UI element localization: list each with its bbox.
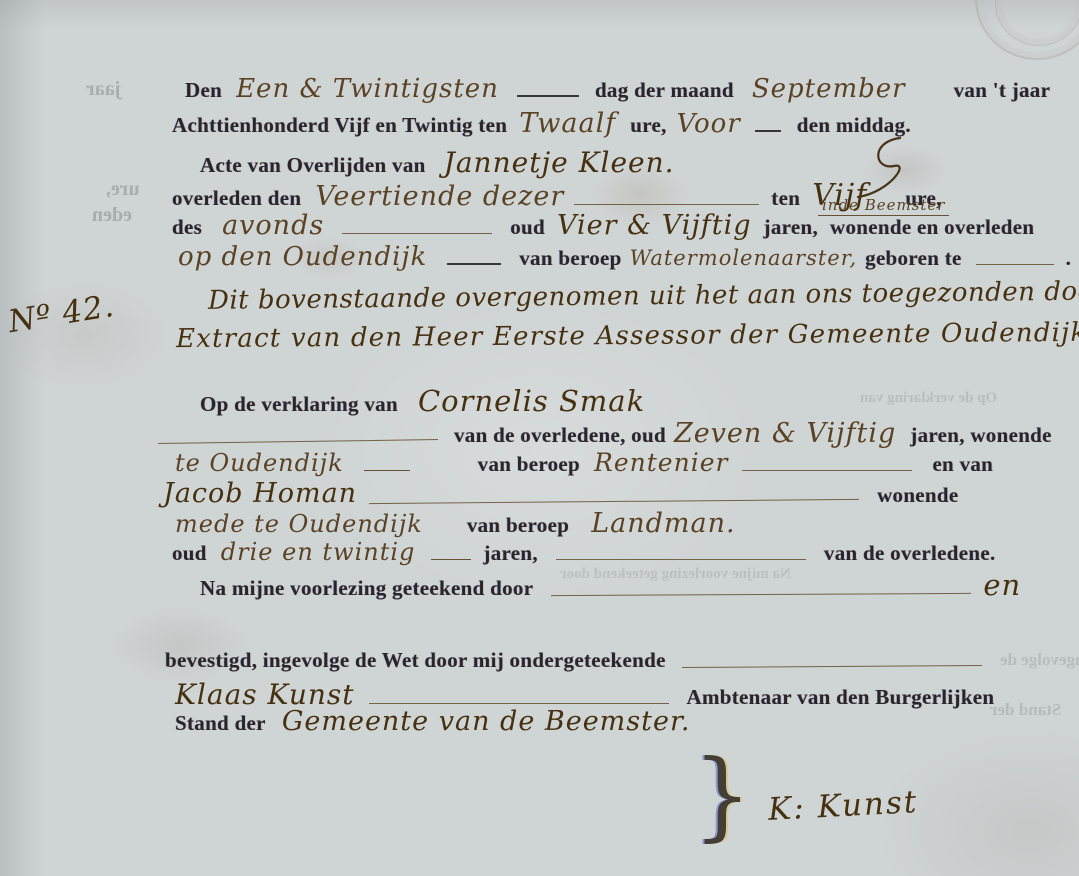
- handwritten-month: September: [752, 74, 906, 104]
- blank-rule: [574, 191, 759, 205]
- printed-year: Achttienhonderd Vijf en Twintig ten: [172, 113, 507, 137]
- printed-label: Acte van Overlijden van: [200, 153, 426, 177]
- printed-label: Stand der: [175, 711, 266, 735]
- registration-year-line: Achttienhonderd Vijf en Twintig ten Twaa…: [172, 108, 911, 139]
- printed-label: overleden den: [172, 186, 301, 210]
- printed-label: bevestigd, ingevolge de Wet door mij ond…: [165, 648, 666, 672]
- handwritten-deceased-name: Jannetje Kleen.: [444, 146, 675, 179]
- handwritten-witness1-name: Cornelis Smak: [418, 384, 645, 418]
- printed-label: ure,: [630, 113, 666, 137]
- witness2-age-line: oud drie en twintig jaren, van de overle…: [172, 538, 996, 566]
- handwritten-daypart: avonds: [222, 210, 324, 241]
- ghost-text: eden: [92, 204, 132, 227]
- blank-rule: [742, 457, 912, 471]
- handwritten-en: en: [983, 568, 1021, 602]
- blank-dash: [755, 119, 781, 132]
- blank-rule: [682, 652, 982, 668]
- printed-label: van de overledene.: [824, 541, 996, 565]
- printed-label: Den: [185, 78, 222, 102]
- printed-label: Ambtenaar van den Burgerlijken: [687, 685, 995, 709]
- blank-rule: [369, 486, 859, 504]
- annotation-line-2: Extract van den Heer Eerste Assessor der…: [176, 318, 1079, 354]
- ghost-text: Op de verklaring van: [860, 390, 997, 407]
- printed-label: Op de verklaring van: [200, 392, 398, 416]
- printed-label: Na mijne voorlezing geteekend door: [200, 576, 533, 600]
- blank-dash: [364, 459, 410, 471]
- witness2-name-line: Jacob Homan wonende: [163, 478, 959, 509]
- annotation-line-1: Dit bovenstaande overgenomen uit het aan…: [208, 276, 1079, 316]
- signature-brace: }: [693, 742, 752, 849]
- handwritten-witness2-profession: Landman.: [591, 508, 735, 539]
- witness1-age-line: van de overledene, oud Zeven & Vijftig j…: [158, 418, 1052, 449]
- death-time-age-line: des avonds oud Vier & Vijftig jaren, won…: [172, 210, 1034, 241]
- signature-line: K: Kunst: [767, 784, 919, 828]
- act-number: Nº 42.: [6, 288, 117, 340]
- printed-label: van beroep: [467, 513, 569, 537]
- blank-rule: [976, 251, 1054, 265]
- printed-label: jaren,: [764, 215, 819, 239]
- deceased-name-line: Acte van Overlijden van Jannetje Kleen.: [200, 146, 675, 179]
- handwritten-signature: K: Kunst: [767, 784, 919, 828]
- handwritten-death-date: Veertiende dezer: [315, 181, 564, 212]
- printed-label: jaren,: [483, 541, 538, 565]
- handwritten-hour: Twaalf: [519, 108, 616, 139]
- declaration-line: Op de verklaring van Cornelis Smak: [200, 384, 645, 418]
- printed-label: dag der maand: [595, 78, 734, 102]
- blank-dash: [431, 548, 471, 560]
- handwritten-age: Vier & Vijftig: [557, 210, 752, 241]
- printed-label: jaren, wonende: [910, 423, 1051, 447]
- printed-label: van beroep: [478, 452, 580, 476]
- handwritten-annotation: Extract van den Heer Eerste Assessor der…: [176, 318, 1079, 354]
- handwritten-annotation: Dit bovenstaande overgenomen uit het aan…: [208, 276, 1079, 316]
- printed-label: van 't jaar: [954, 78, 1051, 102]
- witness1-place-line: te Oudendijk van beroep Rentenier en van: [175, 448, 993, 477]
- printed-label: ten: [771, 186, 800, 210]
- printed-label: oud: [510, 215, 545, 239]
- blank-rule: [369, 690, 669, 704]
- blank-dash: [517, 84, 579, 97]
- gemeente-line: Stand der Gemeente van de Beemster.: [175, 706, 691, 737]
- handwritten-witness2-place: mede te Oudendijk: [175, 510, 423, 538]
- handwritten-witness2-age: drie en twintig: [221, 538, 416, 566]
- bevestigd-line: bevestigd, ingevolge de Wet door mij ond…: [165, 648, 982, 673]
- printed-label: .: [1066, 246, 1072, 270]
- blank-dash: [447, 252, 501, 265]
- printed-label: geboren te: [865, 246, 962, 270]
- witness2-place-line: mede te Oudendijk van beroep Landman.: [175, 508, 736, 539]
- printed-label: van de overledene, oud: [454, 423, 666, 447]
- blank-rule: [551, 580, 971, 596]
- ghost-text: jaar: [86, 78, 122, 101]
- handwritten-gemeente: Gemeente van de Beemster.: [282, 706, 691, 737]
- ghost-text: ure,: [106, 178, 140, 201]
- handwritten-voor: Voor: [677, 109, 741, 139]
- printed-label: en van: [932, 452, 993, 476]
- ghost-text: bevestigd, ingevolge de: [1000, 650, 1079, 670]
- printed-label: wonende: [877, 483, 958, 507]
- printed-label: des: [172, 215, 202, 239]
- handwritten-day: Een & Twintigsten: [236, 74, 499, 104]
- death-certificate-scan: jaar ure, eden Op de verklaring van Na m…: [0, 0, 1079, 876]
- handwritten-death-place: op den Oudendijk: [178, 242, 427, 272]
- printed-label: wonende en overleden: [830, 215, 1034, 239]
- printed-label: oud: [172, 541, 207, 565]
- handwritten-witness1-age: Zeven & Vijftig: [674, 418, 896, 449]
- handwritten-witness2-name: Jacob Homan: [163, 478, 357, 509]
- blank-rule: [158, 426, 438, 444]
- printed-label: van beroep: [519, 246, 621, 270]
- brace-glyph: }: [693, 739, 752, 851]
- death-place-line: op den Oudendijk van beroep Watermolenaa…: [178, 242, 1071, 272]
- handwritten-profession: Watermolenaarster,: [630, 246, 858, 270]
- voorlezing-line: Na mijne voorlezing geteekend door en: [200, 568, 1021, 602]
- handwritten-witness1-profession: Rentenier: [594, 448, 728, 477]
- blank-rule: [342, 220, 492, 234]
- handwritten-witness1-place: te Oudendijk: [175, 449, 344, 477]
- margin-act-number: Nº 42.: [6, 288, 117, 340]
- ghost-text: Stand der: [990, 700, 1061, 720]
- registration-date-line: Den Een & Twintigsten dag der maand Sept…: [185, 74, 1050, 104]
- blank-rule: [556, 546, 806, 560]
